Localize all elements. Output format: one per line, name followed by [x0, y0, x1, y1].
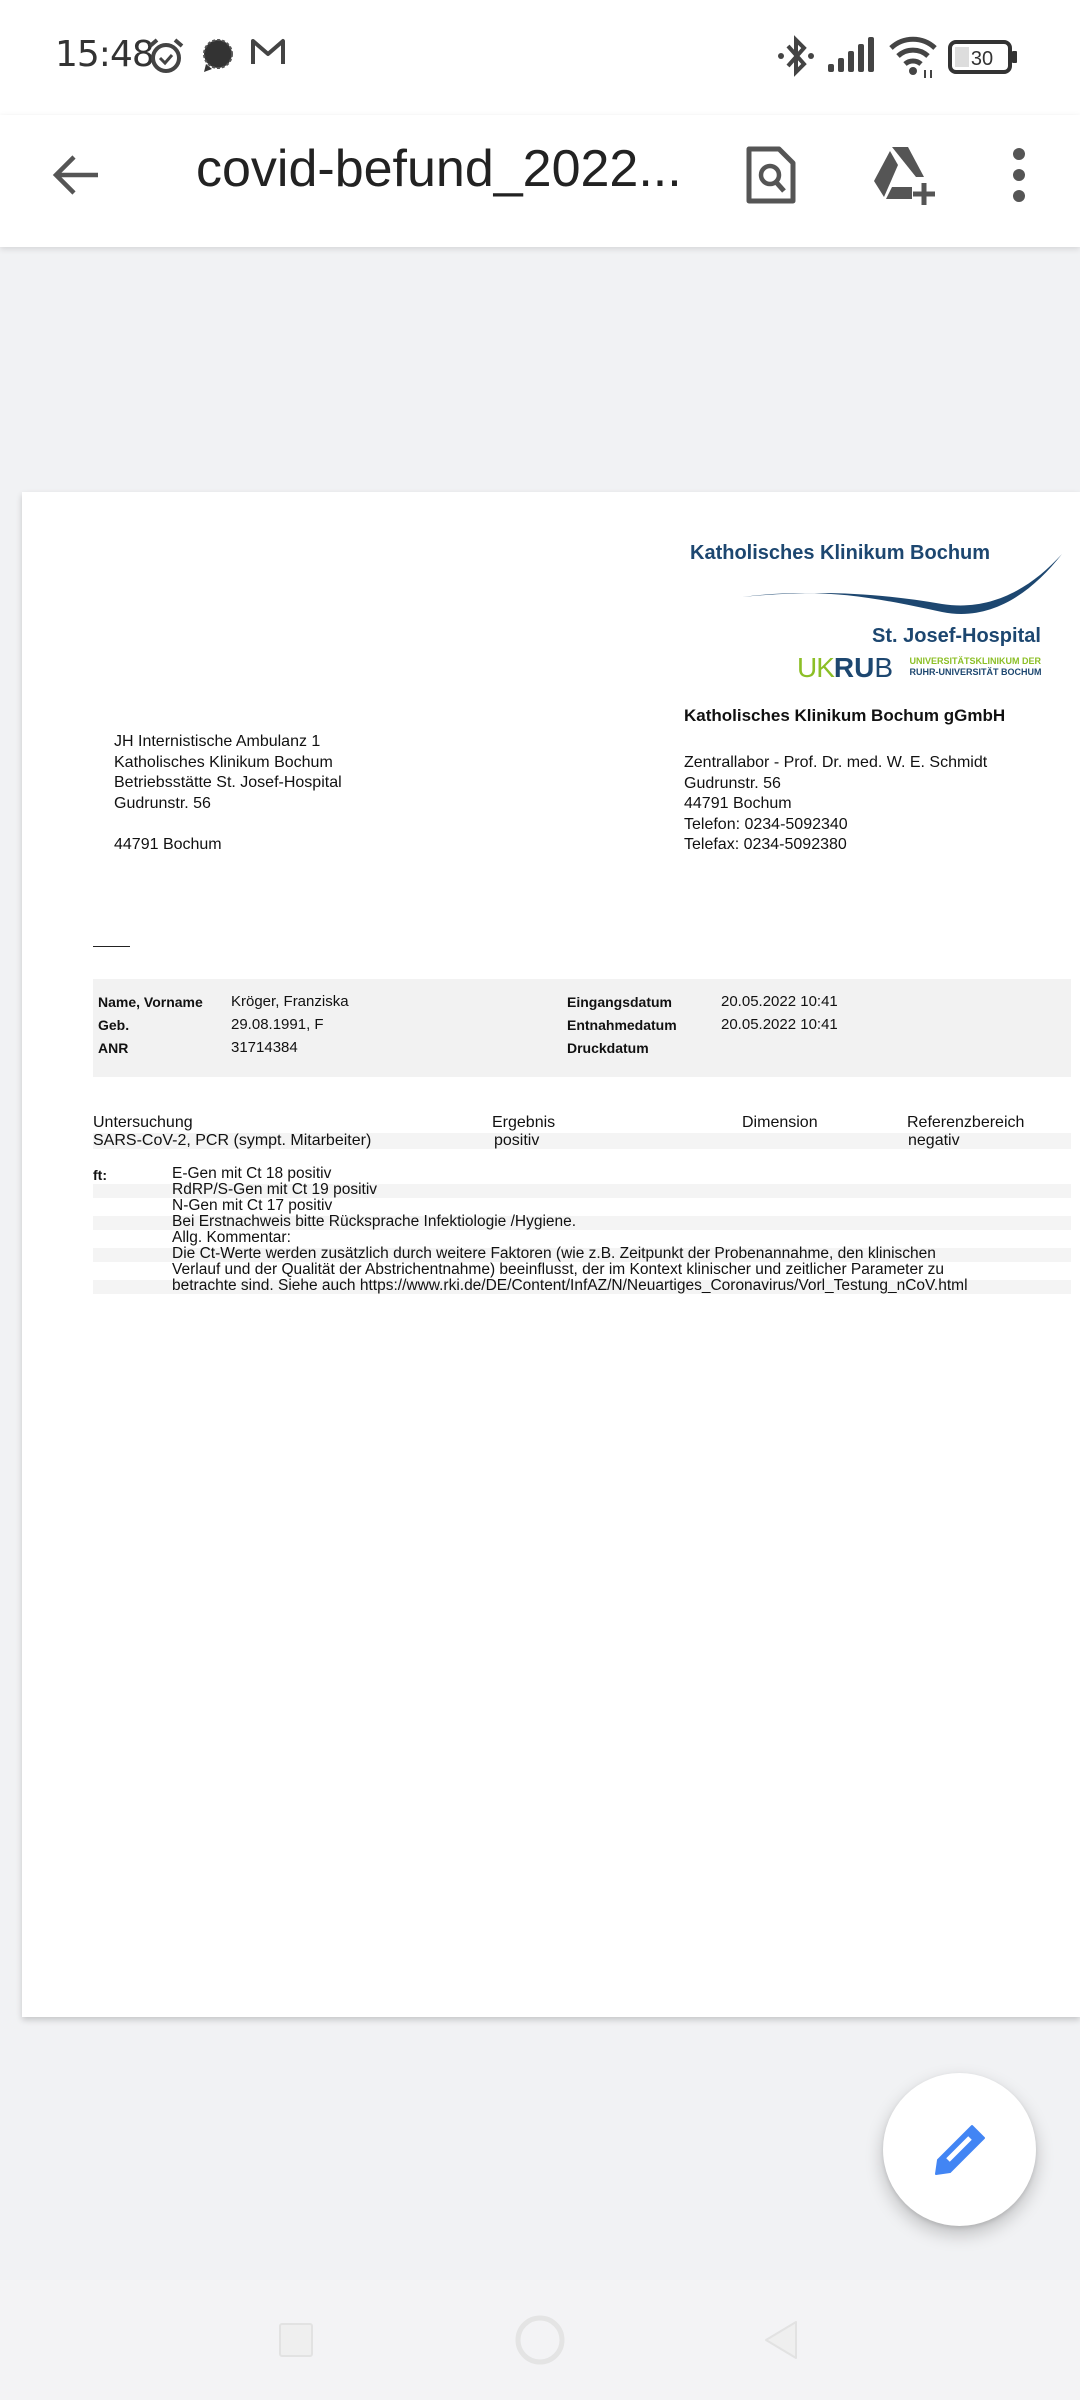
result-reference: negativ [908, 1132, 960, 1150]
recipient-address: JH Internistische Ambulanz 1 Katholische… [114, 732, 342, 855]
document-title: covid-befund_2022... [196, 139, 682, 199]
document-search-icon [745, 145, 797, 205]
result-test-name: SARS-CoV-2, PCR (sympt. Mitarbeiter) [93, 1132, 371, 1150]
alarm-icon [146, 36, 186, 81]
home-button[interactable] [510, 2310, 570, 2370]
col-header-result: Ergebnis [492, 1114, 555, 1132]
bluetooth-icon [776, 34, 816, 83]
footnote-line: Bei Erstnachweis bitte Rücksprache Infek… [172, 1214, 576, 1230]
edit-fab-button[interactable] [883, 2073, 1036, 2226]
hospital-logo-text: St. Josef-Hospital [872, 625, 1041, 648]
footnote-line: Die Ct-Werte werden zusätzlich durch wei… [172, 1246, 936, 1262]
wifi-icon [888, 34, 938, 83]
sender-address: Zentrallabor - Prof. Dr. med. W. E. Schm… [684, 753, 987, 856]
more-vert-icon [1009, 147, 1029, 203]
system-nav-bar [0, 2280, 1080, 2400]
ukrub-logo: UKRUB UNIVERSITÄTSKLINIKUM DERRUHR-UNIVE… [797, 652, 1042, 684]
clinic-logo-swoosh [702, 542, 1072, 622]
drive-add-icon [872, 145, 936, 205]
arrow-back-icon [48, 145, 108, 205]
footnote-line: Allg. Kommentar: [172, 1230, 291, 1246]
add-to-drive-button[interactable] [868, 139, 940, 211]
recents-button[interactable] [266, 2310, 326, 2370]
divider [93, 946, 130, 947]
app-bar: covid-befund_2022... [0, 115, 1080, 247]
back-nav-button[interactable] [752, 2310, 812, 2370]
signal-messenger-icon [200, 36, 236, 79]
battery-icon: 30 [948, 40, 1020, 81]
home-circle-icon [512, 2312, 568, 2368]
status-time: 15:48 [55, 34, 154, 75]
footnote-line: Verlauf und der Qualität der Abstrichent… [172, 1262, 944, 1278]
patient-name: Kröger, Franziska [231, 993, 349, 1010]
status-bar: 15:48 30 [0, 0, 1080, 115]
footnote-line: N-Gen mit Ct 17 positiv [172, 1198, 332, 1214]
col-header-reference: Referenzbereich [907, 1114, 1024, 1132]
sampled-date: 20.05.2022 10:41 [721, 1016, 838, 1033]
footnote-line: E-Gen mit Ct 18 positiv [172, 1166, 331, 1182]
received-date: 20.05.2022 10:41 [721, 993, 838, 1010]
footnote-link-line[interactable]: betrachte sind. Siehe auch https://www.r… [172, 1278, 968, 1294]
gmail-icon [250, 36, 286, 73]
col-header-dimension: Dimension [742, 1114, 818, 1132]
back-triangle-icon [762, 2318, 802, 2362]
patient-dob: 29.08.1991, F [231, 1016, 324, 1033]
edit-pencil-icon [932, 2122, 988, 2178]
result-value: positiv [494, 1132, 539, 1150]
find-in-document-button[interactable] [735, 139, 807, 211]
cellular-signal-icon [826, 34, 876, 79]
col-header-test: Untersuchung [93, 1114, 193, 1132]
svg-text:30: 30 [971, 48, 993, 70]
patient-info-box: Name, Vorname Kröger, Franziska Geb. 29.… [93, 979, 1071, 1077]
sender-name: Katholisches Klinikum Bochum gGmbH [684, 706, 1005, 726]
footnote-line: RdRP/S-Gen mit Ct 19 positiv [172, 1182, 377, 1198]
pdf-page[interactable]: Katholisches Klinikum Bochum St. Josef-H… [22, 492, 1080, 2017]
patient-anr: 31714384 [231, 1039, 298, 1056]
more-options-button[interactable] [983, 139, 1055, 211]
recents-square-icon [276, 2320, 316, 2360]
footnote-label: ft: [93, 1167, 107, 1183]
back-button[interactable] [48, 145, 108, 205]
